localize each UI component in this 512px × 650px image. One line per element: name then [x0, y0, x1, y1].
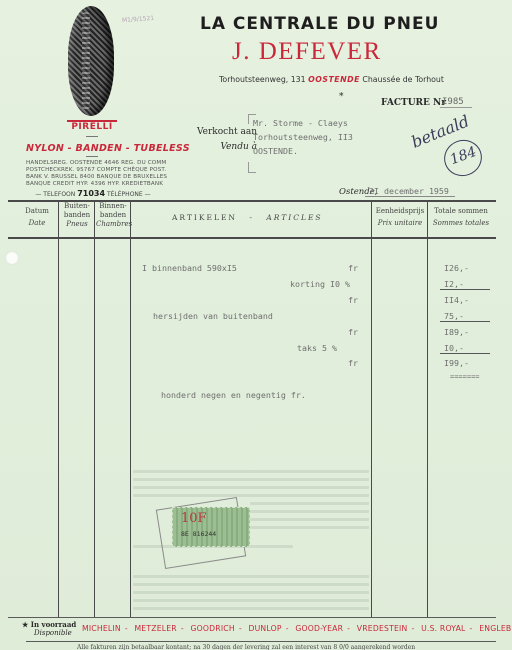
brand-goodyear: GOOD-YEAR — [295, 624, 343, 633]
line-item-description: korting I0 % — [290, 279, 350, 289]
divider — [86, 156, 98, 157]
registration-line: BANK V. BRUSSEL 8400 BANQUE DE BRUXELLES — [26, 174, 167, 181]
tyre-illustration-icon — [68, 6, 114, 116]
sold-to-label-fr: Vendu à — [220, 142, 257, 152]
invoice-date: 2I december 1959 — [365, 186, 455, 197]
bleed-through-text — [133, 494, 369, 497]
registration-line: BANQUE CREDIT HYP. 4396 HYP. KREDIETBANK — [26, 181, 163, 188]
phone-label-nl: TELEFOON — [43, 191, 75, 198]
line-item-amount: I89,- — [444, 327, 469, 337]
line-item-currency: fr — [348, 295, 358, 305]
sold-to-label-nl: Verkocht aan — [197, 125, 257, 140]
line-item-amount: I26,- — [444, 263, 469, 273]
header-articles: ARTIKELEN - ARTICLES — [172, 213, 323, 222]
column-divider — [371, 200, 372, 617]
line-item-description: taks 5 % — [297, 343, 337, 353]
line-item-currency: fr — [348, 327, 358, 337]
column-divider — [94, 200, 95, 617]
in-stock-nl: In voorraad — [31, 620, 77, 629]
customer-address: Mr. Storme - Claeys Torhoutsteenweg, II3… — [253, 116, 353, 158]
brand-vredestein: VREDESTEIN — [357, 624, 408, 633]
bleed-through-text — [250, 502, 369, 505]
sold-to-label: Verkocht aan Vendu à — [197, 125, 257, 155]
payment-terms: Alle fakturen zijn betaalbaar kontant; n… — [77, 644, 415, 650]
header-outer-tyres: Buiten-banden Pneus — [60, 202, 94, 229]
bleed-through-text — [133, 591, 369, 594]
company-address: Torhoutsteenweg, 131 OOSTENDE Chaussée d… — [219, 75, 444, 84]
star-marker: * — [339, 92, 344, 102]
footer-top-rule — [8, 617, 496, 618]
brand-englebert: ENGLEBERT — [479, 624, 512, 633]
address-bracket — [248, 162, 249, 172]
punch-hole — [5, 251, 19, 265]
line-item-amount: II4,- — [444, 295, 469, 305]
column-divider — [427, 200, 428, 617]
customer-street: Torhoutsteenweg, II3 — [253, 130, 353, 144]
invoice-total: I99,- — [444, 358, 469, 368]
total-double-rule: ======= — [450, 373, 480, 381]
bleed-through-text — [133, 478, 369, 481]
column-divider — [130, 200, 131, 617]
brand-list: MICHELIN- METZELER- GOODRICH- DUNLOP- GO… — [82, 624, 512, 633]
customer-city: OOSTENDE. — [253, 144, 353, 158]
divider — [86, 136, 98, 137]
bleed-through-text — [133, 599, 369, 602]
bleed-through-text — [250, 526, 369, 529]
brand-michelin: MICHELIN — [82, 624, 121, 633]
registration-line: POSTCHECKREK. 95767 COMPTE CHÈQUE POST. — [26, 167, 166, 174]
bleed-through-text — [133, 575, 369, 578]
line-item-amount: I0,- — [440, 343, 490, 354]
line-item-currency: fr — [348, 358, 358, 368]
bleed-through-text — [133, 486, 369, 489]
line-item-amount: 75,- — [440, 311, 490, 322]
line-item-currency: fr — [348, 263, 358, 273]
tax-stamp-code: 8E 816244 — [181, 530, 216, 538]
product-tagline: NYLON - BANDEN - TUBELESS — [26, 143, 190, 154]
line-item-description: I binnenband 590xI5 — [142, 263, 237, 273]
address-bracket — [248, 114, 249, 124]
bleed-through-text — [133, 583, 369, 586]
table-header-rule — [8, 237, 496, 239]
phone-number: 71034 — [77, 189, 105, 198]
brand-goodrich: GOODRICH — [191, 624, 235, 633]
pirelli-logo: PIRELLI — [67, 120, 117, 132]
header-total: Totale sommen Sommes totales — [429, 207, 493, 228]
phone-line: — TELEFOON 71034 TÉLÉPHONE — — [26, 189, 160, 198]
proprietor-name: J. DEFEVER — [232, 38, 382, 66]
bleed-through-text — [133, 607, 369, 610]
header-articles-sep: - — [249, 213, 254, 222]
registration-line: HANDELSREG. OOSTENDE 4646 REG. DU COMM — [26, 160, 166, 167]
brand-metzeler: METZELER — [134, 624, 176, 633]
header-articles-nl: ARTIKELEN — [172, 213, 237, 222]
address-fr: Chaussée de Torhout — [362, 75, 444, 84]
header-unit-price: Eenheidsprijs Prix unitaire — [373, 207, 427, 228]
address-street: Torhoutsteenweg, 131 — [219, 75, 306, 84]
bleed-through-text — [250, 510, 369, 513]
address-bracket — [248, 114, 256, 115]
address-bracket — [248, 172, 256, 173]
header-articles-fr: ARTICLES — [266, 213, 322, 222]
header-date: Datum Date — [18, 207, 56, 228]
invoice-number-label: FACTURE Nr — [381, 98, 446, 108]
column-divider — [58, 200, 59, 617]
tax-stamp-value: 10F — [181, 511, 207, 526]
brand-us-royal: U.S. ROYAL — [421, 624, 465, 633]
customer-name: Mr. Storme - Claeys — [253, 116, 353, 130]
address-city: OOSTENDE — [308, 75, 360, 84]
phone-label-fr: TÉLÉPHONE — [107, 191, 143, 198]
bleed-through-text — [250, 518, 369, 521]
in-stock-label: ★ In voorraad Disponible — [22, 620, 76, 638]
in-stock-fr: Disponible — [22, 629, 76, 638]
brand-dunlop: DUNLOP — [248, 624, 281, 633]
invoice-number: I985 — [440, 97, 472, 108]
header-inner-tubes: Binnen-banden Chambres — [96, 202, 130, 229]
company-title: LA CENTRALE DU PNEU — [200, 14, 439, 34]
bleed-through-text — [133, 470, 369, 473]
line-item-amount: I2,- — [440, 279, 490, 290]
line-item-description: hersijden van buitenband — [153, 311, 273, 321]
footer-bottom-rule — [26, 641, 496, 642]
amount-in-words: honderd negen en negentig fr. — [161, 390, 306, 400]
